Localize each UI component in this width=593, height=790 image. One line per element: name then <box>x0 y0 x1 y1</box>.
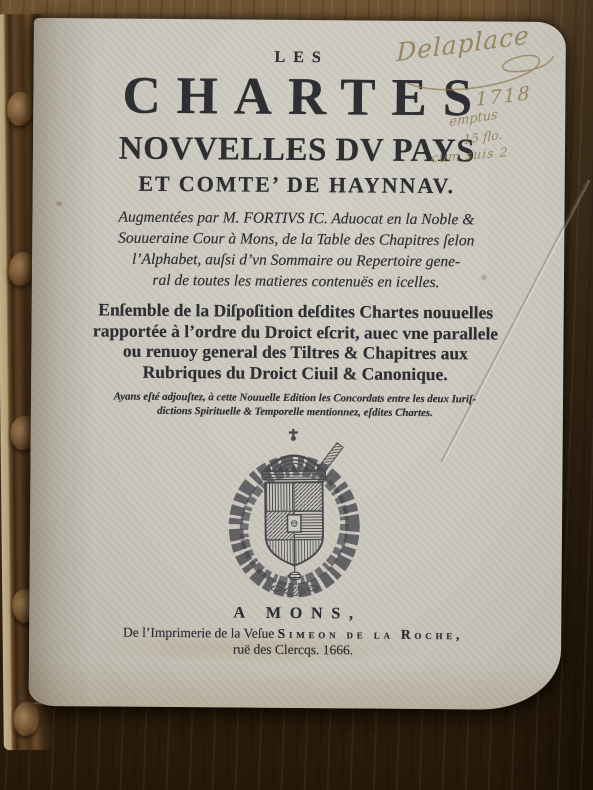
imprint-printer-name: Simeon de la Roche, <box>278 626 464 642</box>
page-stain <box>55 200 64 207</box>
imprint-place: A MONS, <box>67 603 519 625</box>
title-page: Delaplace 1718 emptus 15 flo. cum suis 2… <box>29 18 566 710</box>
subtitle-augmentees: Augmentées par M. FORTIVS IC. Aduocat en… <box>70 206 523 294</box>
subtitle-ensemble: Enſemble de la Diſpoſition deſdites Char… <box>69 299 522 385</box>
edition-note: Ayans eſté adjouſtez, à cette Nouuelle E… <box>69 390 521 421</box>
imprint-printer-prefix: De l’Imprimerie de la Veſue <box>123 625 274 641</box>
subtitle-line: Enſemble de la Diſpoſition deſdites Char… <box>70 299 522 323</box>
subtitle-line: ou renuoy general des Tiltres & Chapitre… <box>69 340 521 364</box>
title-line-comte: ET COMTE’ DE HAYNNAV. <box>71 170 523 199</box>
royal-coat-of-arms-icon <box>218 426 370 599</box>
imprint-printer: De l’Imprimerie de la Veſue Simeon de la… <box>67 623 519 644</box>
subtitle-line: l’Alphabet, auſsi d’vn Sommaire ou Reper… <box>70 248 522 273</box>
coat-of-arms-container <box>67 425 520 601</box>
binding-stitch <box>13 702 39 736</box>
binding-stitch <box>7 92 33 126</box>
subtitle-line: Rubriques du Droict Ciuil & Canonique. <box>69 361 521 385</box>
subtitle-line: ral de toutes les matieres contenuës en … <box>70 269 522 294</box>
book-photo-scene: Delaplace 1718 emptus 15 flo. cum suis 2… <box>0 0 593 790</box>
